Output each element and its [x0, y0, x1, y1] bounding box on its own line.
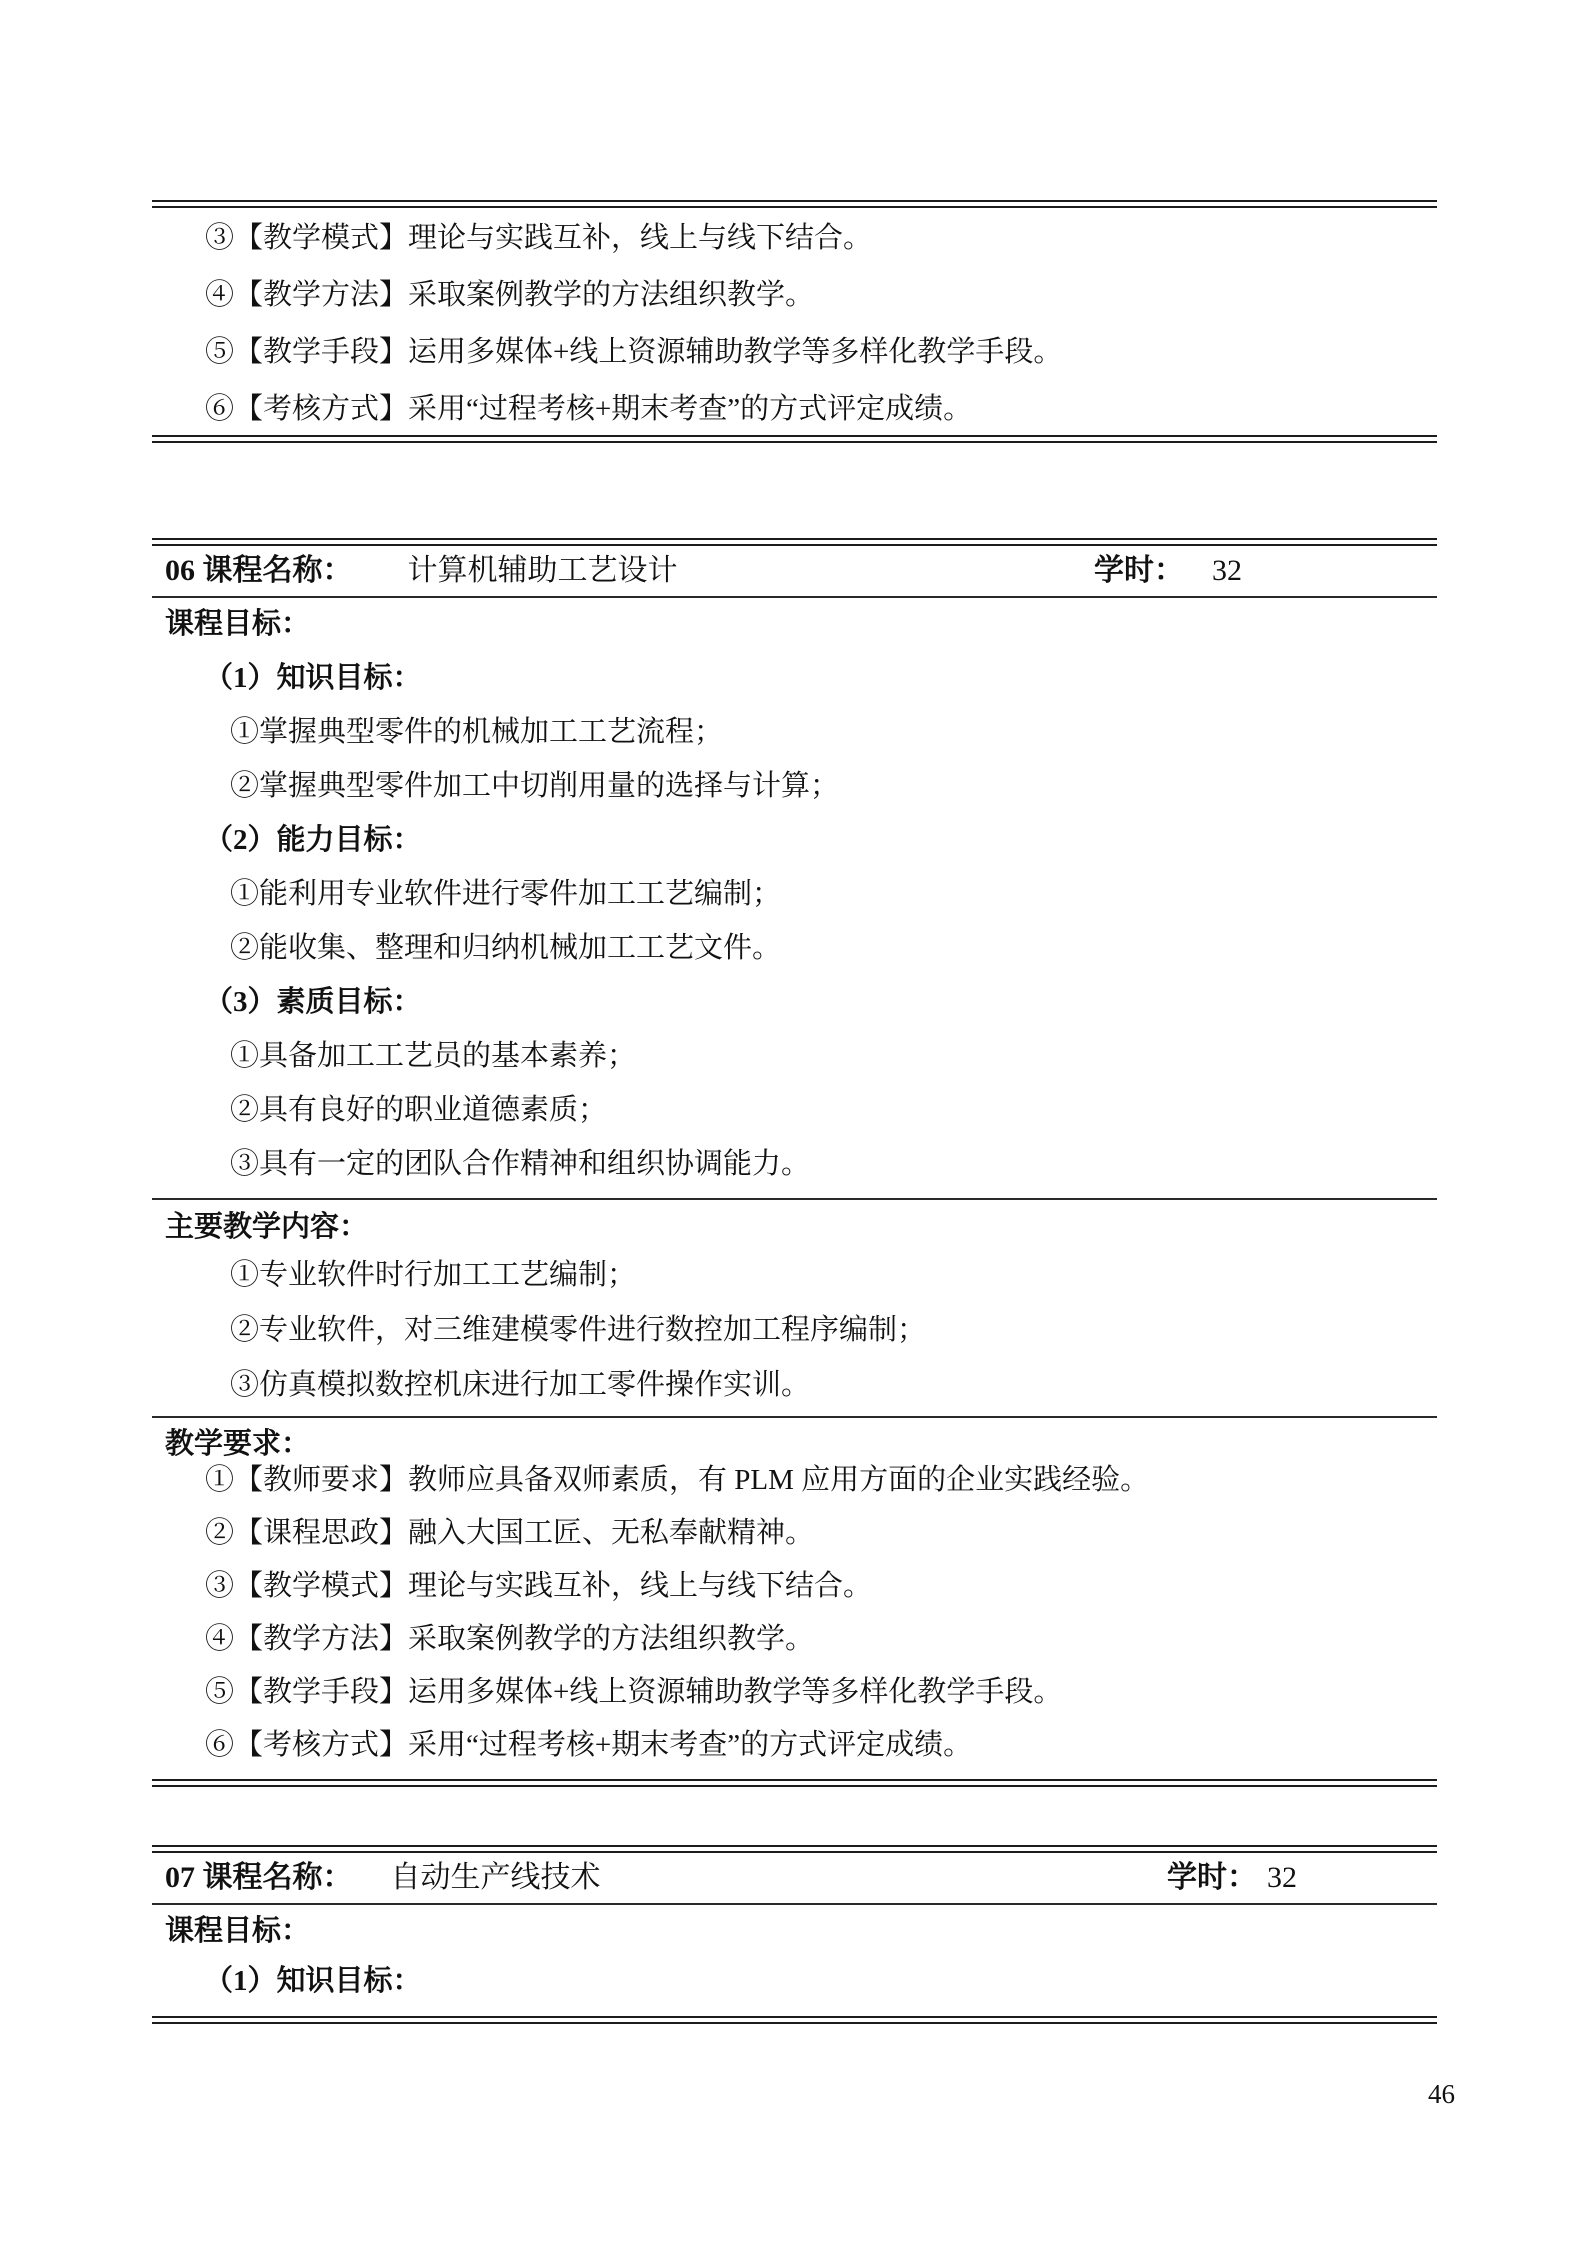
requirement-item: ⑤【教学手段】运用多媒体+线上资源辅助教学等多样化教学手段。: [152, 334, 1437, 370]
document-page: ③【教学模式】理论与实践互补，线上与线下结合。 ④【教学方法】采取案例教学的方法…: [0, 0, 1587, 2245]
course-hours: 学时：32: [1167, 1861, 1297, 1895]
requirement-item: ②【课程思政】融入大国工匠、无私奉献精神。: [152, 1515, 1437, 1551]
section-divider: [152, 1845, 1437, 1853]
section-divider: [152, 435, 1437, 443]
content-heading: 主要教学内容：: [152, 1209, 1437, 1245]
course07-objectives-section: 课程目标： （1）知识目标：: [152, 1905, 1437, 2016]
course-number-label: 06 课程名称：: [165, 554, 353, 588]
requirement-item: ③【教学模式】理论与实践互补，线上与线下结合。: [152, 1568, 1437, 1604]
requirement-item: ⑥【考核方式】采用“过程考核+期末考查”的方式评定成绩。: [152, 391, 1437, 427]
course07-block: 07 课程名称： 自动生产线技术 学时：32 课程目标： （1）知识目标：: [152, 1845, 1437, 2024]
quality-heading: （3）素质目标：: [152, 984, 1437, 1020]
prev-course-requirements-block: ③【教学模式】理论与实践互补，线上与线下结合。 ④【教学方法】采取案例教学的方法…: [152, 200, 1437, 443]
content-item: ②专业软件，对三维建模零件进行数控加工程序编制；: [152, 1312, 1437, 1348]
ability-heading: （2）能力目标：: [152, 822, 1437, 858]
requirement-item: ④【教学方法】采取案例教学的方法组织教学。: [152, 277, 1437, 313]
requirement-item: ④【教学方法】采取案例教学的方法组织教学。: [152, 1621, 1437, 1657]
course-title: 06 课程名称： 计算机辅助工艺设计: [165, 554, 678, 588]
course-name: 计算机辅助工艺设计: [408, 554, 678, 588]
course06-block: 06 课程名称： 计算机辅助工艺设计 学时：32 课程目标： （1）知识目标： …: [152, 538, 1437, 1787]
content-item: ①专业软件时行加工工艺编制；: [152, 1257, 1437, 1293]
requirement-item: ⑥【考核方式】采用“过程考核+期末考查”的方式评定成绩。: [152, 1727, 1437, 1763]
knowledge-heading: （1）知识目标：: [152, 660, 1437, 696]
course06-objectives-section: 课程目标： （1）知识目标： ①掌握典型零件的机械加工工艺流程； ②掌握典型零件…: [152, 598, 1437, 1198]
objective-item: ②具有良好的职业道德素质；: [152, 1092, 1437, 1128]
objective-item: ②能收集、整理和归纳机械加工工艺文件。: [152, 930, 1437, 966]
hours-value: 32: [1267, 1861, 1297, 1894]
section-divider: [152, 200, 1437, 208]
hours-label: 学时：: [1094, 554, 1184, 587]
section-divider: [152, 538, 1437, 546]
objectives-heading: 课程目标：: [152, 606, 1437, 642]
requirement-item: ①【教师要求】教师应具备双师素质，有 PLM 应用方面的企业实践经验。: [152, 1462, 1437, 1498]
section-divider: [152, 2016, 1437, 2024]
requirements-heading: 教学要求：: [152, 1426, 1437, 1462]
course07-header: 07 课程名称： 自动生产线技术 学时：32: [152, 1853, 1437, 1903]
requirement-item: ③【教学模式】理论与实践互补，线上与线下结合。: [152, 220, 1437, 256]
content-item: ③仿真模拟数控机床进行加工零件操作实训。: [152, 1367, 1437, 1403]
course06-header: 06 课程名称： 计算机辅助工艺设计 学时：32: [152, 546, 1437, 596]
course-name: 自动生产线技术: [391, 1861, 601, 1895]
knowledge-heading: （1）知识目标：: [152, 1963, 1437, 1999]
course-number-label: 07 课程名称：: [165, 1861, 353, 1895]
page-number: 46: [1428, 2078, 1455, 2110]
objectives-heading: 课程目标：: [152, 1913, 1437, 1949]
content-column: ③【教学模式】理论与实践互补，线上与线下结合。 ④【教学方法】采取案例教学的方法…: [152, 0, 1437, 2024]
section-divider: [152, 1779, 1437, 1787]
course06-teaching-content-section: 主要教学内容： ①专业软件时行加工工艺编制； ②专业软件，对三维建模零件进行数控…: [152, 1200, 1437, 1416]
objective-item: ②掌握典型零件加工中切削用量的选择与计算；: [152, 768, 1437, 804]
objective-item: ③具有一定的团队合作精神和组织协调能力。: [152, 1146, 1437, 1182]
hours-value: 32: [1212, 554, 1242, 587]
course-hours: 学时：32: [1094, 554, 1242, 588]
hours-label: 学时：: [1167, 1861, 1257, 1894]
requirement-item: ⑤【教学手段】运用多媒体+线上资源辅助教学等多样化教学手段。: [152, 1674, 1437, 1710]
objective-item: ①能利用专业软件进行零件加工工艺编制；: [152, 876, 1437, 912]
objective-item: ①具备加工工艺员的基本素养；: [152, 1038, 1437, 1074]
objective-item: ①掌握典型零件的机械加工工艺流程；: [152, 714, 1437, 750]
course-title: 07 课程名称： 自动生产线技术: [165, 1861, 601, 1895]
course06-requirements-section: 教学要求： ①【教师要求】教师应具备双师素质，有 PLM 应用方面的企业实践经验…: [152, 1418, 1437, 1779]
